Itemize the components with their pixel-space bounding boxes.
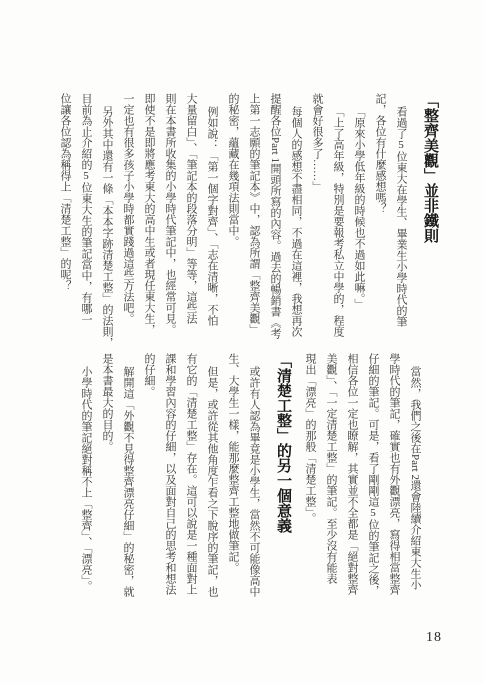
text-column: 美觀」、「一定清楚工整」的筆記。至少沒有能表: [320, 353, 341, 589]
text-column: 每個人的感想不盡相同，不過在這裡，我想再次: [285, 93, 306, 355]
text-column: 「上了高年級，特別是要報考私立中學的，程度: [327, 93, 348, 355]
text-column: 課和學習內容的仔細，以及面對自己的思考和想法: [159, 353, 180, 589]
text-column: 位讓各位認為稱得上「清楚工整」的呢？: [54, 93, 75, 355]
upright-digit: 5: [80, 170, 92, 182]
text-band-top: 「整齊美觀」並非鐵則看過了5位東大在學生、畢業生小學時代的筆記，各位有什麼感想嗎…: [54, 93, 446, 355]
text-column: 另外其中還有一條「本本字跡清楚工整」的法則，: [96, 93, 117, 355]
text-column: 目前為止介紹的5位東大生的筆記當中，有哪一: [75, 93, 96, 355]
text-column: 或許有人認為畢竟是小學生，當然不可能像高中: [243, 353, 264, 589]
text-column: 一定也有很多孩子小學時都實踐過這些方法吧。: [117, 93, 138, 355]
text-band-bottom: 當然，我們之後在Part 2還會陸續介紹東大生小學時代的筆記，確實也有外觀漂亮，…: [75, 353, 425, 589]
text-column: 解開這「外觀不見得整齊漂亮仔細」的秘密，就: [117, 353, 138, 589]
text-column: 當然，我們之後在Part 2還會陸續介紹東大生小: [404, 353, 425, 589]
text-column: 仔細的筆記。可是，看了剛剛這5位的筆記之後，: [362, 353, 383, 589]
text-column: 小學時代的筆記絕對稱不上「整齊」、「漂亮」。: [75, 353, 96, 589]
text-column: 就會好很多了……」: [306, 93, 327, 355]
text-column: 但是，或許從其他角度乍看之下脫序的筆記，也: [201, 353, 222, 589]
upright-digit: 5: [395, 139, 407, 151]
text-column: 「原來小學低年級的時候也不過如此嘛。」: [348, 93, 369, 355]
text-column: 現出「漂亮」的那般「清楚工整」。: [299, 353, 320, 589]
text-column: 例如說：「第一個字對齊」、「志在清晰，不怕: [201, 93, 222, 355]
book-page: 「整齊美觀」並非鐵則看過了5位東大在學生、畢業生小學時代的筆記，各位有什麼感想嗎…: [0, 0, 484, 683]
section-heading: 「清楚工整」的另一個意義: [269, 353, 296, 589]
text-column: 相信各位一定也瞭解，其實並不全都是「絕對整齊: [341, 353, 362, 589]
text-column: 記，各位有什麼感想嗎？: [369, 93, 390, 355]
text-column: 即使不是即將應考東大的高中生或者現任東大生，: [138, 93, 159, 355]
upright-digit: 5: [367, 507, 379, 519]
text-column: 則在本書所收集的小學時代筆記中，也經常可見。: [159, 93, 180, 355]
text-column: 的秘密，蘊藏在幾項法則當中。: [222, 93, 243, 355]
section-heading: 「整齊美觀」並非鐵則: [416, 93, 443, 355]
page-number: 18: [426, 630, 442, 646]
text-column: 有它的「清楚工整」存在。這可以說是一種面對上: [180, 353, 201, 589]
text-column: 的仔細。: [138, 353, 159, 589]
text-column: 大量留白」、「筆記本的段落分明」等等，這些法: [180, 93, 201, 355]
text-column: 提醒各位Part 1開頭所寫的內容。過去的暢銷書《考: [264, 93, 285, 355]
text-column: 看過了5位東大在學生、畢業生小學時代的筆: [390, 93, 411, 355]
text-column: 學時代的筆記，確實也有外觀漂亮，寫得相當整齊: [383, 353, 404, 589]
text-column: 是本書最大的目的。: [96, 353, 117, 589]
text-column: 生、大學生一樣，能那麼整齊工整地做筆記。: [222, 353, 243, 589]
text-column: 上第一志願的筆記本》中，認為所謂「整齊美觀」: [243, 93, 264, 355]
